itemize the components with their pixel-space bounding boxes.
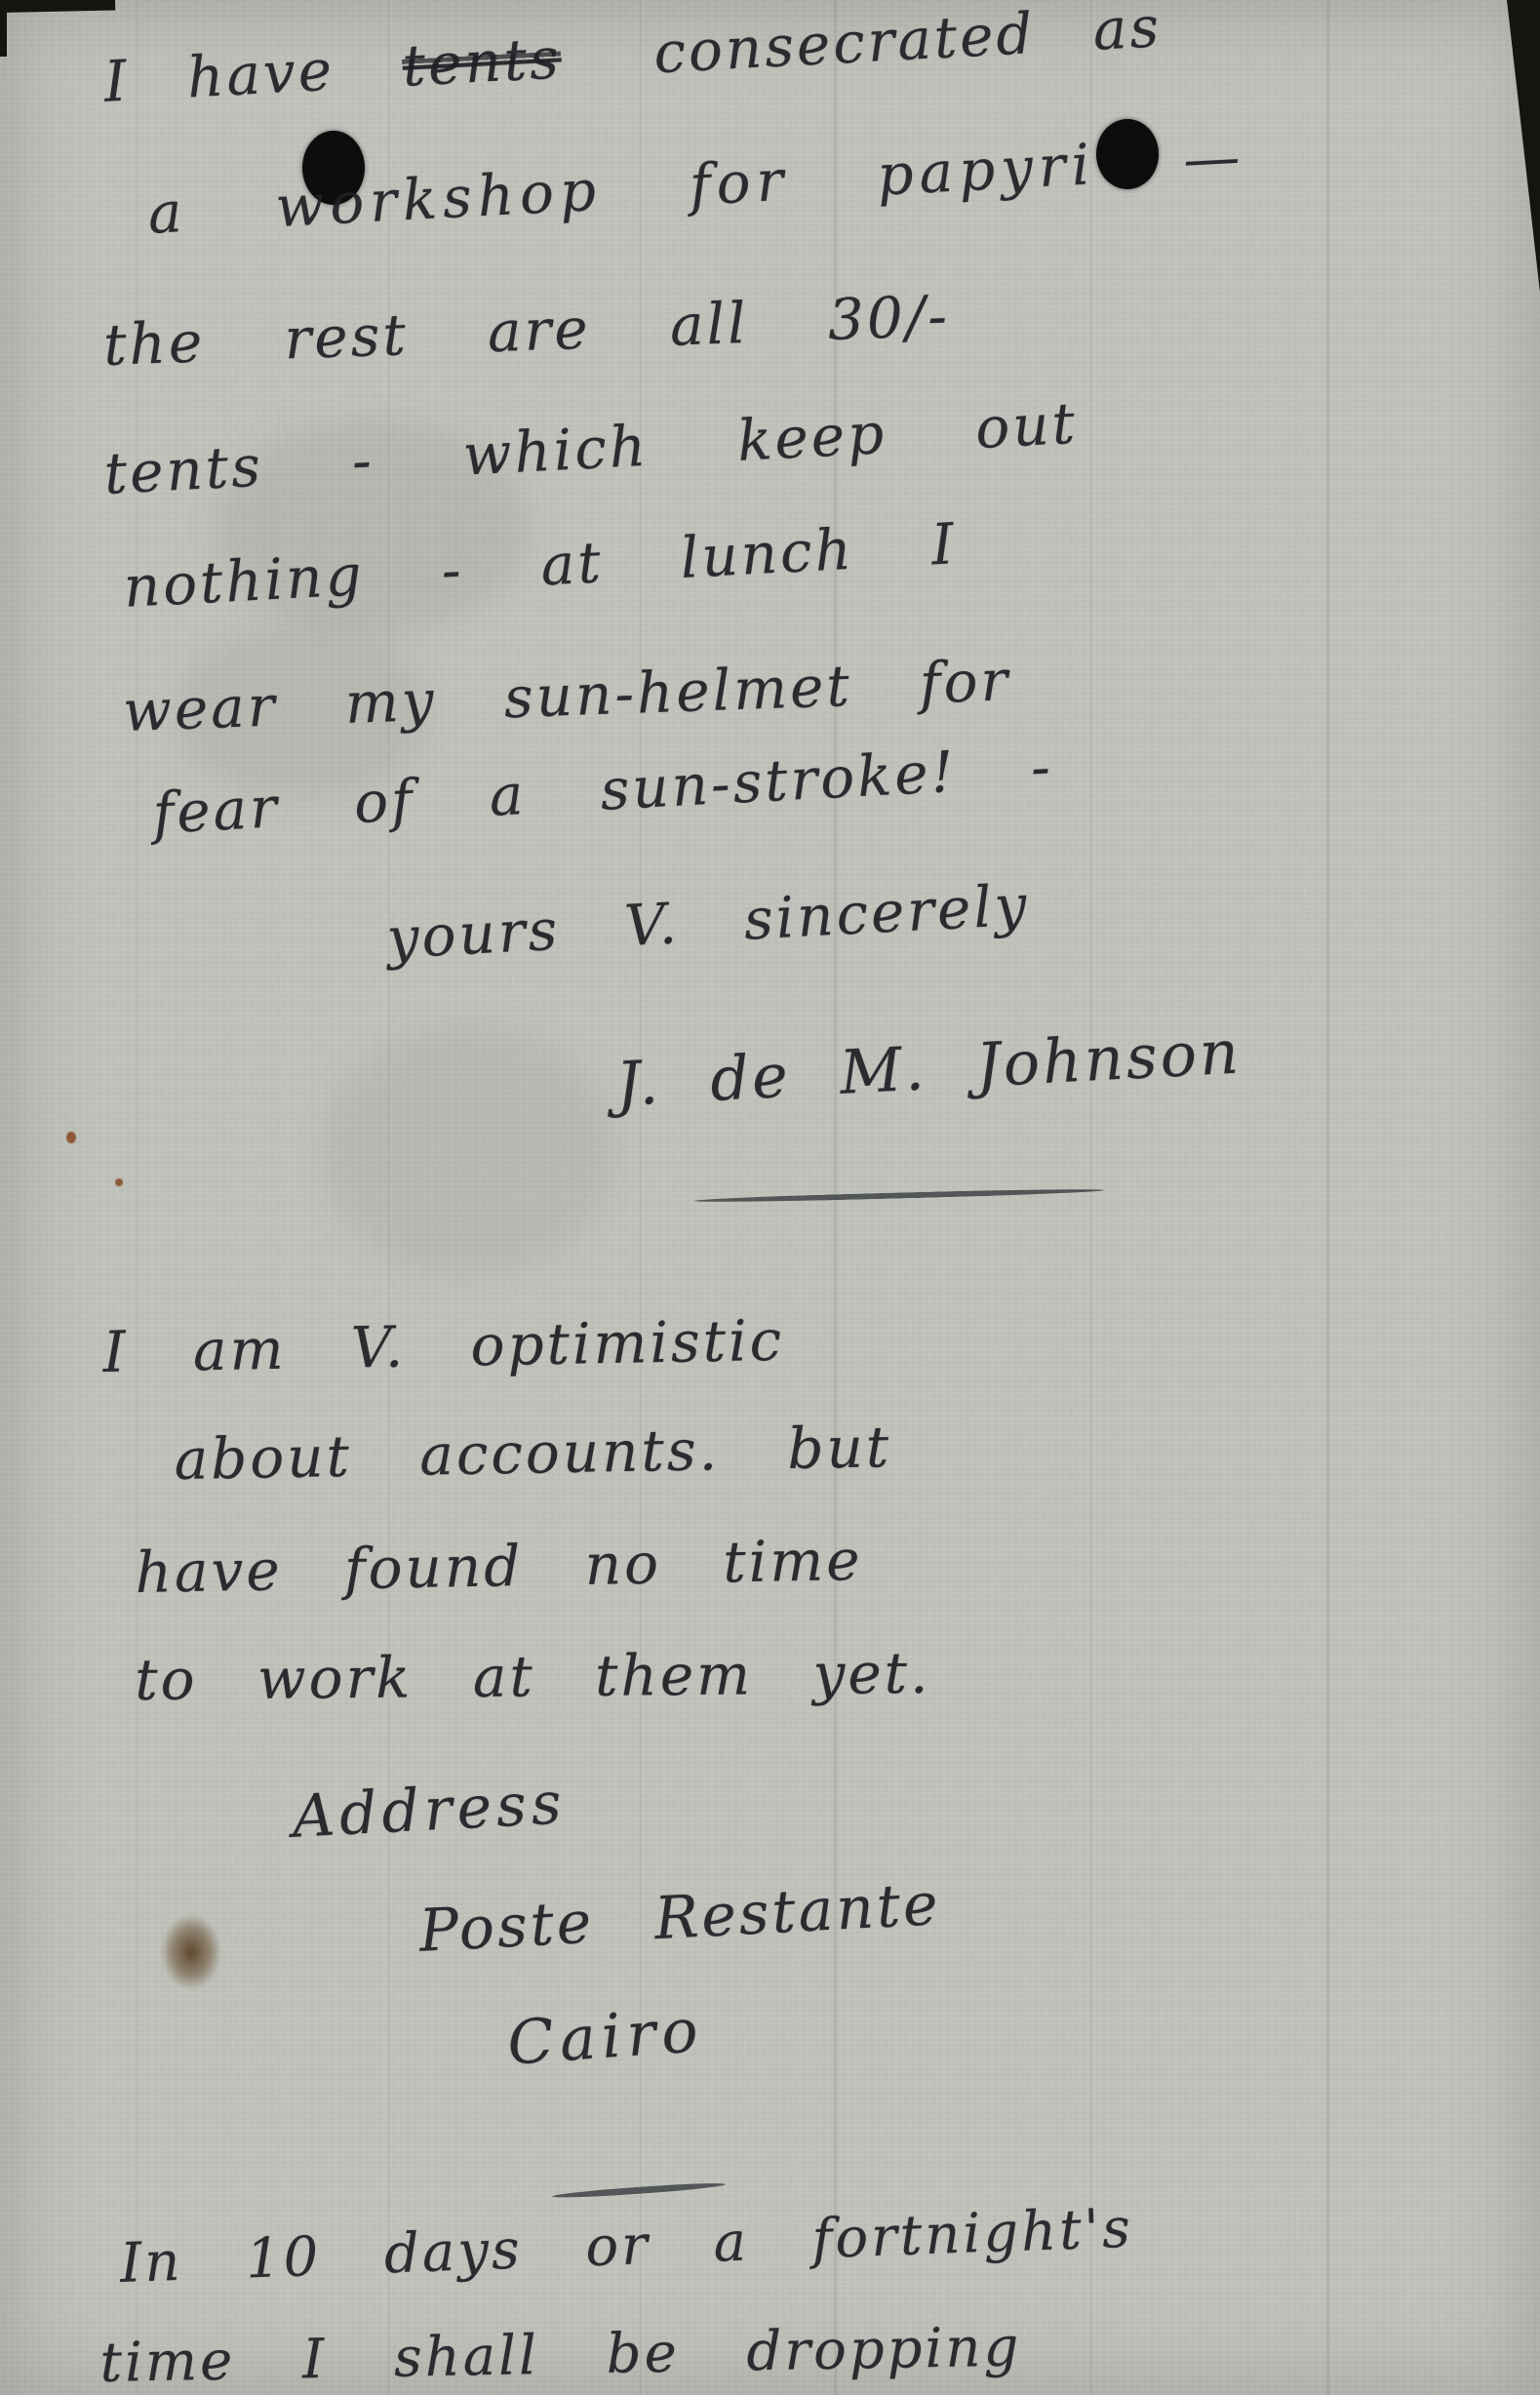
ink-showthrough-smudge bbox=[322, 1024, 614, 1278]
handwritten-line-17: In 10 days or a fortnight's bbox=[119, 2197, 1134, 2295]
signature: J. de M. Johnson bbox=[614, 1016, 1244, 1119]
handwritten-line-6: wear my sun-helmet for bbox=[122, 647, 1011, 744]
handwritten-line-4: tents - which keep out bbox=[102, 390, 1079, 507]
rust-fleck bbox=[115, 1178, 123, 1186]
brown-stain bbox=[161, 1914, 221, 1990]
address-heading: Address bbox=[291, 1769, 568, 1852]
handwritten-line-3: the rest are all 30/- bbox=[102, 283, 951, 379]
crossed-out-word: tents bbox=[401, 24, 563, 99]
scan-edge-top-left bbox=[0, 0, 115, 13]
address-line-cairo: Cairo bbox=[505, 1994, 706, 2079]
handwritten-line-5: nothing - at lunch I bbox=[122, 510, 959, 620]
rust-fleck bbox=[66, 1132, 76, 1143]
letter-page: I havetentsconsecrated as a workshop for… bbox=[0, 0, 1540, 2395]
handwritten-line-18: time I shall be dropping bbox=[99, 2316, 1022, 2395]
handwritten-line-7: fear of a sun-stroke! - bbox=[151, 734, 1054, 847]
line-1-prefix: I have bbox=[102, 37, 336, 115]
scan-edge-top-right bbox=[1507, 0, 1540, 293]
handwritten-line-1: I havetentsconsecrated as bbox=[102, 0, 1164, 115]
address-line-poste-restante: Poste Restante bbox=[417, 1870, 942, 1966]
handwritten-line-13: to work at them yet. bbox=[135, 1640, 931, 1713]
valediction-line: yours V. sincerely bbox=[385, 871, 1031, 971]
handwritten-line-12: have found no time bbox=[135, 1527, 863, 1606]
signature-underline bbox=[694, 1187, 1104, 1204]
handwritten-line-10: I am V. optimistic bbox=[102, 1307, 785, 1385]
handwritten-line-11: about accounts. but bbox=[174, 1414, 892, 1493]
chain-line bbox=[1090, 0, 1092, 2395]
cairo-underline bbox=[552, 2181, 726, 2200]
line-1-suffix: consecrated as bbox=[652, 0, 1164, 86]
scan-edge-left bbox=[0, 0, 7, 57]
fold-crease bbox=[1326, 0, 1329, 2395]
